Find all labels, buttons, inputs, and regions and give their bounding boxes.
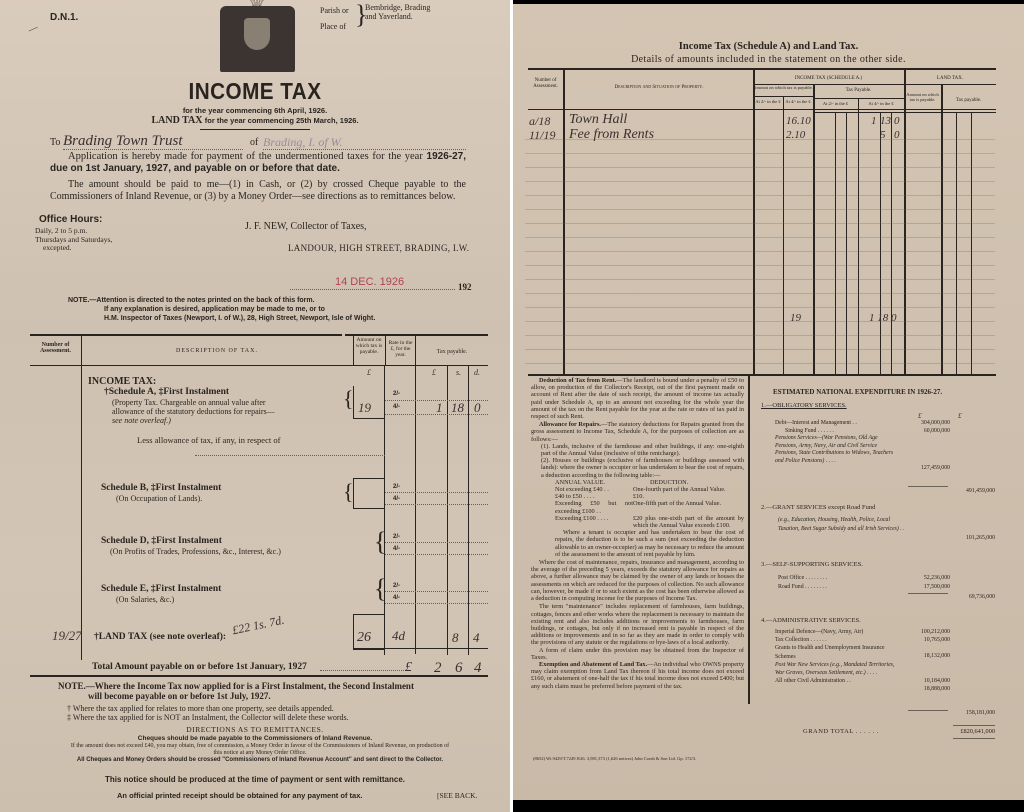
subtotal-rule (908, 486, 948, 487)
row-description[interactable]: Town Hall (569, 112, 627, 128)
table-bottom-rule (30, 675, 488, 677)
royal-coat-of-arms-icon (220, 6, 295, 72)
repairs-item-2: (2). Houses or buildings (exclusive of f… (531, 457, 744, 479)
rate-line (385, 504, 488, 505)
dagger-notes: † Where the tax applied for relates to m… (67, 704, 349, 722)
header-land-tax-payable: Tax payable. (941, 98, 996, 103)
header-amount: Amount on which tax is payable. (753, 85, 813, 90)
details-title: Income Tax (Schedule A) and Land Tax. (513, 41, 1024, 52)
table-header-rule (528, 109, 996, 110)
title-rule (200, 129, 310, 130)
pound-column-label: £ (958, 412, 962, 420)
lsd-rule (813, 112, 996, 113)
pounds-symbol: £ (367, 368, 371, 377)
section-heading: 3.—SELF-SUPPORTING SERVICES. (761, 561, 863, 568)
rate-2s: 2/- (393, 534, 400, 540)
total-label: Total Amount payable on or before 1st Ja… (92, 662, 307, 672)
section-heading: 4.—ADMINISTRATIVE SERVICES. (761, 617, 861, 624)
rate-line (385, 492, 488, 493)
schedule-a-note: (Property Tax. Chargeable on annual valu… (112, 398, 275, 425)
row-tax-pence[interactable]: 0 (894, 129, 900, 141)
row-tax-shillings[interactable]: 5 (880, 129, 886, 141)
remittance-crossing: All Cheques and Money Orders should be c… (70, 757, 450, 764)
header-tax-payable: Tax Payable. (813, 88, 904, 93)
repairs-table-row: Not exceeding £40 . .One-fourth part of … (531, 486, 744, 493)
administrative-amounts: 100,212,000 10,765,000 18,132,000 10,184… (898, 628, 950, 693)
office-hours: Daily, 2 to 5 p.m. Thursdays and Saturda… (35, 227, 112, 253)
schedule-e-label: Schedule E, ‡First Instalment (101, 584, 221, 594)
header-at2: At 2/- in the £ (753, 99, 783, 104)
rate-4s: 4/- (393, 404, 400, 410)
pence-symbol: d. (474, 368, 480, 377)
form-title: INCOME TAX (26, 78, 485, 105)
schedule-a-label: †Schedule A, ‡First Instalment (104, 387, 229, 397)
obligatory-items: Debt—Interest and Management . . Sinking… (775, 420, 900, 465)
column-divider (748, 374, 750, 704)
rate-line (385, 591, 488, 592)
grand-total-label: GRAND TOTAL . . . . . . (803, 728, 879, 735)
date-line (290, 288, 455, 290)
remittance-cheques: Cheques should be made payable to the Co… (0, 735, 510, 742)
brace-icon: { (343, 481, 354, 503)
tenant-note: Where a tenant is occupier and has under… (531, 529, 744, 558)
row-tax-shillings[interactable]: 13 (880, 115, 891, 127)
payment-instructions: The amount should be paid to me—(1) in C… (50, 179, 466, 202)
row-at4-amount[interactable]: 2.10 (786, 129, 805, 141)
schedule-a-tax-pounds[interactable]: 1 (436, 400, 443, 416)
schedule-d-label: Schedule D, ‡First Instalment (101, 536, 222, 546)
income-tax-demand-back: Income Tax (Schedule A) and Land Tax. De… (513, 0, 1024, 812)
self-supporting-amounts: 52,236,000 17,500,000 (898, 574, 950, 592)
land-tax-label: †LAND TAX (see note overleaf): (94, 632, 226, 642)
rate-4s: 4/- (393, 595, 400, 601)
total-leader (320, 670, 408, 671)
repairs-table-header: ANNUAL VALUE. DEDUCTION. (531, 479, 744, 486)
col-divider (468, 365, 469, 655)
header-land-amount: Amount on which tax is payable. (904, 92, 941, 102)
ink-mark: ∕ (28, 23, 37, 37)
section-heading: 1.—OBLIGATORY SERVICES. (761, 402, 847, 409)
header-description: Description and Situation of Property. (565, 84, 753, 90)
total-tax[interactable]: 1 18 0 (869, 312, 897, 324)
of-label: of (250, 137, 258, 148)
parish-value: Bembridge, Brading and Yaverland. (365, 3, 430, 21)
group-rule (753, 96, 813, 97)
header-groups: INCOME TAX (SCHEDULE A.)LAND TAX. (753, 76, 996, 81)
collector-name: J. F. NEW, Collector of Taxes, (245, 221, 367, 232)
schedule-b-note: (On Occupation of Lands). (116, 494, 202, 503)
land-tax-assessment-number[interactable]: 19/27 (52, 630, 72, 641)
header-tax-at2: At 2/- in the £ (813, 101, 858, 106)
office-hours-title: Office Hours: (39, 214, 102, 225)
addressee-field[interactable]: Brading Town Trust (63, 133, 243, 150)
remittance-money-order: If the amount does not exceed £40, you m… (70, 743, 450, 757)
row-tax-pounds[interactable]: 1 (871, 115, 877, 127)
table-top-rule (528, 68, 996, 70)
rate-2s: 2/- (393, 391, 400, 397)
self-supporting-subtotal: 69,736,000 (951, 594, 995, 600)
application-text: Application is hereby made for payment o… (50, 151, 466, 175)
pound-column-label: £ (918, 412, 922, 420)
subtotal-rule (908, 593, 948, 594)
collector-address: LANDOUR, HIGH STREET, BRADING, I.W. (288, 243, 469, 253)
printer-imprint: (8652) Wt.9429/T.7249 8/26. 3,981,373 (1… (533, 756, 696, 761)
land-tax-amount[interactable]: 26 (357, 630, 371, 646)
repairs-table-row: Exceeding £100 . . . .£20 plus one-sixth… (531, 515, 744, 529)
self-supporting-items: Post Office . . . . . . . . Road Fund . … (778, 574, 898, 592)
brace-icon: { (343, 388, 354, 410)
header-description: DESCRIPTION OF TAX. (82, 348, 352, 354)
schedule-a-amount[interactable]: 19 (358, 400, 371, 416)
address-field[interactable]: Brading, I. of W. (263, 135, 466, 150)
rate-4s: 4/- (393, 546, 400, 552)
obligatory-amounts: 304,000,000 60,000,000 127,459,000 (898, 420, 950, 473)
date-stamp: 14 DEC. 1926 (335, 276, 404, 288)
table-top-rule (30, 334, 342, 336)
rate-line (385, 603, 488, 604)
pounds-symbol: £ (432, 368, 436, 377)
row-description[interactable]: Fee from Rents (569, 127, 654, 143)
details-subtitle: Details of amounts included in the state… (513, 54, 1024, 65)
header-number: Number of Assessment. (30, 342, 81, 354)
shillings-symbol: s. (456, 368, 461, 377)
row-number[interactable]: 11/19 (529, 128, 555, 143)
to-label: To (50, 137, 60, 148)
repairs-item-1: (1). Lands, inclusive of the farmhouse a… (531, 443, 744, 457)
claim-form-note: A form of claim under this provision may… (531, 647, 744, 661)
row-number[interactable]: a/18 (529, 114, 550, 129)
deduction-note: Deduction of Tax from Rent.—The landlord… (531, 377, 744, 420)
instalment-note: NOTE.—Where the Income Tax now applied f… (58, 681, 414, 701)
receipt-notice: An official printed receipt should be ob… (117, 791, 362, 800)
schedule-e-note: (On Salaries, &c.) (116, 595, 174, 604)
header-amount: Amount on which tax is payable. (353, 337, 385, 355)
schedule-b-amount-box (353, 478, 385, 509)
income-tax-demand-front: D.N.1. ∕ Parish or Place of } Bembridge,… (0, 0, 510, 812)
bottom-edge (513, 800, 1024, 812)
table-bottom-rule (528, 374, 996, 376)
parish-labels: Parish or Place of (320, 3, 349, 35)
rate-4s: 4/- (393, 496, 400, 502)
land-tax-rate[interactable]: 4d (392, 628, 405, 644)
rate-line (385, 554, 488, 555)
header-tax-at4: At 4/- in the £ (858, 101, 904, 106)
allowance-line[interactable] (195, 455, 385, 456)
repairs-note: Allowance for Repairs.—The statutory ded… (531, 421, 744, 443)
ruled-lines (525, 126, 995, 371)
form-code: D.N.1. (50, 12, 78, 23)
top-edge (513, 0, 1024, 4)
remittance-title: DIRECTIONS AS TO REMITTANCES. (0, 725, 510, 734)
row-at4-amount[interactable]: 16.10 (786, 115, 811, 127)
grand-total-underline (953, 738, 995, 739)
date-year-suffix: 192 (458, 282, 472, 292)
notes-column: Deduction of Tax from Rent.—The landlord… (531, 377, 744, 690)
obligatory-subtotal: 491,459,000 (951, 488, 995, 494)
grand-total-rule (953, 725, 995, 726)
repairs-table-row: £40 to £50 . . . .£10. (531, 493, 744, 500)
header-tax-payable: Tax payable. (416, 349, 488, 355)
schedule-d-note: (On Profits of Trades, Professions, &c.,… (110, 547, 281, 556)
land-tax-pence[interactable]: 4 (473, 630, 480, 646)
total-amount[interactable]: 19 (790, 312, 801, 324)
rate-line (385, 542, 488, 543)
header-at4: At 4/- in the £ (783, 99, 813, 104)
grand-total-value: £820,641,000 (943, 728, 995, 735)
schedule-a-tax-pence[interactable]: 0 (474, 400, 481, 416)
col-divider (81, 334, 82, 660)
table-header-rule (30, 365, 488, 366)
expenditure-title: ESTIMATED NATIONAL EXPENDITURE IN 1926-2… (773, 388, 942, 396)
land-tax-shillings[interactable]: 8 (452, 630, 459, 646)
section-heading: 2.—GRANT SERVICES except Road Fund (761, 504, 875, 511)
group-rule (813, 98, 904, 99)
land-tax-annotation: £22 1s. 7d. (231, 613, 286, 639)
administrative-items: Imperial Defence—(Navy, Army, Air) Tax C… (775, 628, 900, 685)
subtotal-rule (908, 710, 948, 711)
land-tax-year: LAND TAX for the year commencing 25th Ma… (0, 115, 510, 126)
header-rate: Rate in the £, for the year. (386, 340, 415, 358)
grant-services-item: (e.g., Education, Housing, Health, Polic… (778, 516, 913, 533)
less-allowance: Less allowance of tax, if any, in respec… (137, 435, 280, 445)
pound-sign-handwritten: £ (405, 660, 412, 676)
see-back: [SEE BACK. (437, 791, 477, 800)
schedule-b-label: Schedule B, ‡First Instalment (101, 483, 221, 493)
maintenance-definition: The term "maintenance" includes replacem… (531, 603, 744, 646)
col-divider (415, 334, 416, 654)
row-tax-pence[interactable]: 0 (894, 115, 900, 127)
col-divider (447, 365, 448, 655)
exemption-note: Exemption and Abatement of Land Tax.—An … (531, 661, 744, 690)
rate-2s: 2/- (393, 484, 400, 490)
table-top-rule-2 (345, 334, 488, 336)
grant-services-subtotal: 101,265,000 (951, 535, 995, 541)
schedule-a-tax-shillings[interactable]: 18 (451, 400, 464, 416)
administrative-subtotal: 158,181,000 (951, 710, 995, 716)
header-number: Number of Assessment. (528, 78, 563, 89)
rate-2s: 2/- (393, 583, 400, 589)
maintenance-note: Where the cost of maintenance, repairs, … (531, 559, 744, 602)
inspector-note: NOTE.—Attention is directed to the notes… (68, 296, 375, 323)
income-tax-label: INCOME TAX: (88, 376, 156, 387)
repairs-table-row: Exceeding £50 but not exceeding £100 . .… (531, 500, 744, 514)
produce-notice: This notice should be produced at the ti… (0, 775, 510, 784)
income-tax-year: for the year commencing 6th April, 1926. (0, 106, 510, 115)
land-tax-rule (353, 648, 488, 649)
brace-icon: { (374, 578, 386, 600)
